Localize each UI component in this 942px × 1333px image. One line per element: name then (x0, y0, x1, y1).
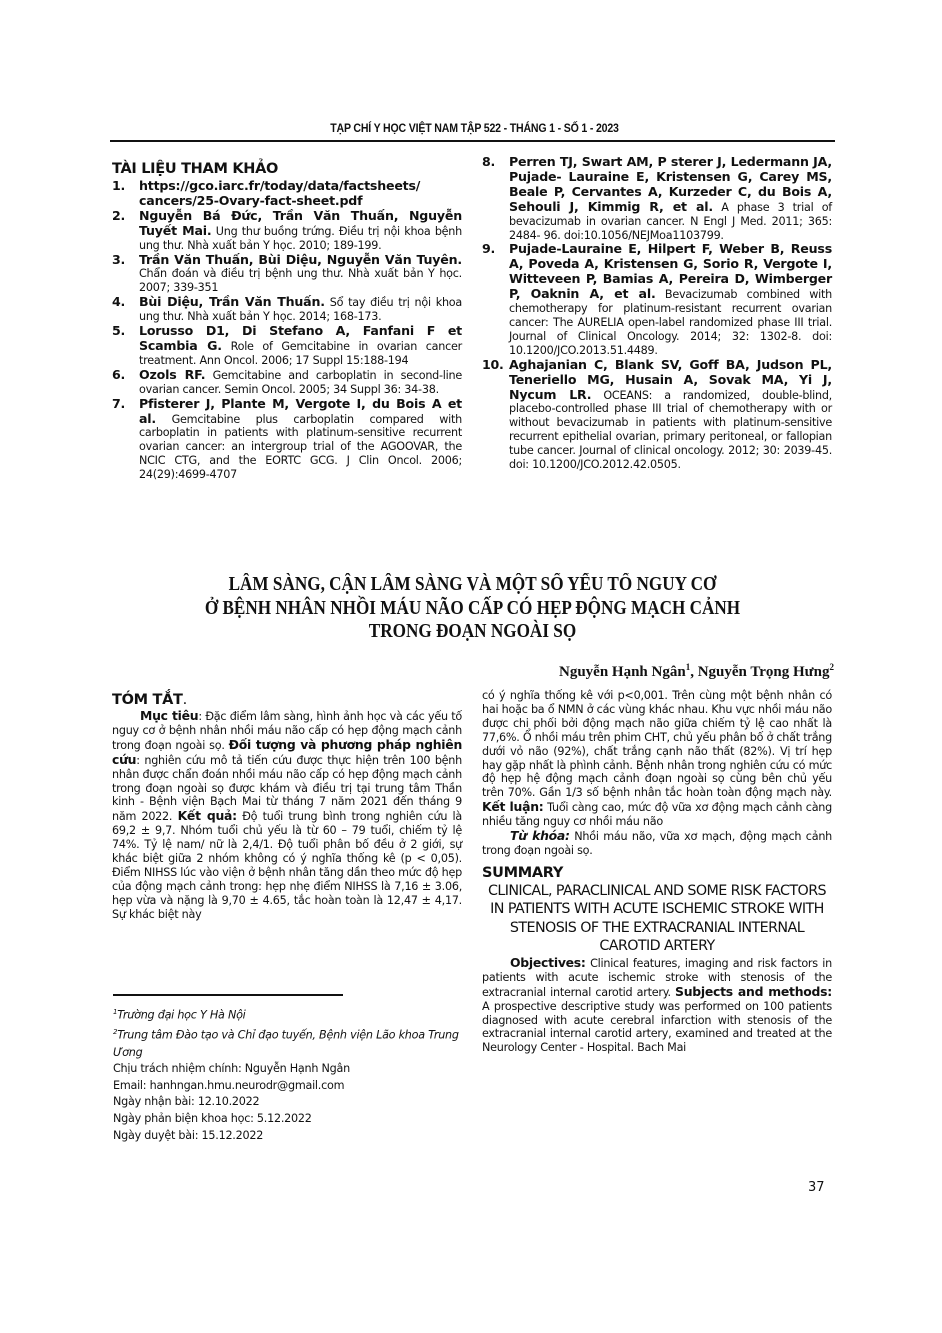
reference-number: 3. (112, 253, 139, 296)
reference-item: 9. Pujade-Lauraine E, Hilpert F, Weber B… (482, 242, 832, 357)
page-number: 37 (808, 1180, 825, 1195)
abstract-heading: TÓM TẮT. (112, 691, 462, 709)
reference-number: 10. (482, 358, 509, 472)
affiliation-text: Trường đại học Y Hà Nội (117, 1009, 245, 1022)
author-name: Nguyễn Trọng Hưng (698, 664, 830, 680)
running-header: TẠP CHÍ Y HỌC VIỆT NAM TẬP 522 - THÁNG 1… (142, 123, 807, 135)
reference-number: 8. (482, 155, 509, 242)
subjects-methods-text: A prospective descriptive study was perf… (482, 1000, 832, 1055)
abstract-heading-suffix: . (183, 692, 187, 708)
reference-authors: Ozols RF. (139, 367, 205, 382)
reference-authors: Bùi Diệu, Trần Văn Thuấn. (139, 294, 325, 309)
header-rule (110, 140, 835, 142)
reference-number: 5. (112, 324, 139, 368)
references-left-column: TÀI LIỆU THAM KHẢO 1. https://gco.iarc.f… (112, 160, 462, 482)
abstract-continuation: có ý nghĩa thống kê với p<0,001. Trên cù… (482, 689, 832, 829)
reference-item: 3. Trần Văn Thuấn, Bùi Diệu, Nguyễn Văn … (112, 253, 462, 296)
references-heading: TÀI LIỆU THAM KHẢO (112, 160, 462, 178)
author-affiliation-marker: 2 (830, 662, 835, 672)
abstract-heading-text: TÓM TẮT (112, 692, 183, 708)
corresponding-email[interactable]: Email: hanhngan.hmu.neurodr@gmail.com (113, 1078, 468, 1095)
affiliation-text: Trung tâm Đào tạo và Chỉ đạo tuyến, Bệnh… (113, 1029, 459, 1059)
abstract-paragraph: Mục tiêu: Đặc điểm lâm sàng, hình ảnh họ… (112, 709, 462, 922)
reference-number: 2. (112, 209, 139, 253)
summary-paragraph: Objectives: Clinical features, imaging a… (482, 956, 832, 1055)
affiliation-2: 2Trung tâm Đào tạo và Chỉ đạo tuyến, Bện… (113, 1024, 468, 1061)
reference-number: 6. (112, 368, 139, 397)
conclusion-label: Kết luận: (482, 799, 544, 814)
reference-item: 8. Perren TJ, Swart AM, P sterer J, Lede… (482, 155, 832, 242)
reference-number: 7. (112, 397, 139, 482)
objective-label: Mục tiêu (140, 708, 198, 723)
reference-item: 6. Ozols RF. Gemcitabine and carboplatin… (112, 368, 462, 397)
reference-number: 4. (112, 295, 139, 324)
results-text: Độ tuổi trung bình trong nghiên cứu là 6… (112, 810, 462, 920)
reference-number: 9. (482, 242, 509, 357)
review-date: Ngày phản biện khoa học: 5.12.2022 (113, 1111, 468, 1128)
summary-title: CLINICAL, PARACLINICAL AND SOME RISK FAC… (482, 882, 832, 956)
abstract-left-column: TÓM TẮT. Mục tiêu: Đặc điểm lâm sàng, hì… (112, 691, 462, 922)
reference-detail: Chẩn đoán và điều trị bệnh ung thư. Nhà … (139, 267, 462, 294)
article-authors: Nguyễn Hạnh Ngân1, Nguyễn Trọng Hưng2 (559, 662, 834, 681)
footnote-rule (113, 994, 343, 996)
corresponding-author: Chịu trách nhiệm chính: Nguyễn Hạnh Ngân (113, 1061, 468, 1078)
abstract-right-column: có ý nghĩa thống kê với p<0,001. Trên cù… (482, 689, 832, 1055)
reference-detail: Gemcitabine plus carboplatin compared wi… (139, 413, 462, 482)
article-title: LÂM SÀNG, CẬN LÂM SÀNG VÀ MỘT SỐ YẾU TỐ … (154, 573, 792, 644)
article-title-line: Ở BỆNH NHÂN NHỒI MÁU NÃO CẤP CÓ HẸP ĐỘNG… (154, 597, 792, 621)
reference-item: 2. Nguyễn Bá Đức, Trần Văn Thuấn, Nguyễn… (112, 209, 462, 253)
reference-item: 4. Bùi Diệu, Trần Văn Thuấn. Sổ tay điều… (112, 295, 462, 324)
objectives-label: Objectives: (510, 955, 586, 970)
accepted-date: Ngày duyệt bài: 15.12.2022 (113, 1128, 468, 1145)
author-name: Nguyễn Hạnh Ngân (559, 664, 686, 680)
keywords-paragraph: Từ khóa: Nhồi máu não, vữa xơ mạch, động… (482, 829, 832, 858)
footnotes: 1Trường đại học Y Hà Nội 2Trung tâm Đào … (113, 1004, 468, 1144)
reference-link[interactable]: https://gco.iarc.fr/today/data/factsheet… (139, 178, 420, 208)
subjects-methods-label: Subjects and methods: (675, 984, 832, 999)
article-title-line: LÂM SÀNG, CẬN LÂM SÀNG VÀ MỘT SỐ YẾU TỐ … (154, 573, 792, 597)
reference-item: 10. Aghajanian C, Blank SV, Goff BA, Jud… (482, 358, 832, 472)
author-separator: , (690, 664, 698, 680)
article-title-line: TRONG ĐOẠN NGOÀI SỌ (154, 620, 792, 644)
reference-item: 7. Pfisterer J, Plante M, Vergote I, du … (112, 397, 462, 482)
keywords-label: Từ khóa: (510, 828, 570, 843)
received-date: Ngày nhận bài: 12.10.2022 (113, 1094, 468, 1111)
references-right-column: 8. Perren TJ, Swart AM, P sterer J, Lede… (482, 155, 832, 472)
affiliation-1: 1Trường đại học Y Hà Nội (113, 1004, 468, 1024)
summary-heading: SUMMARY (482, 864, 832, 882)
reference-item: 5. Lorusso D1, Di Stefano A, Fanfani F e… (112, 324, 462, 368)
results-label: Kết quả: (178, 808, 237, 823)
reference-item: 1. https://gco.iarc.fr/today/data/factsh… (112, 179, 462, 209)
reference-authors: Trần Văn Thuấn, Bùi Diệu, Nguyễn Văn Tuy… (139, 252, 462, 267)
reference-number: 1. (112, 179, 139, 209)
results-text-continued: có ý nghĩa thống kê với p<0,001. Trên cù… (482, 689, 832, 799)
